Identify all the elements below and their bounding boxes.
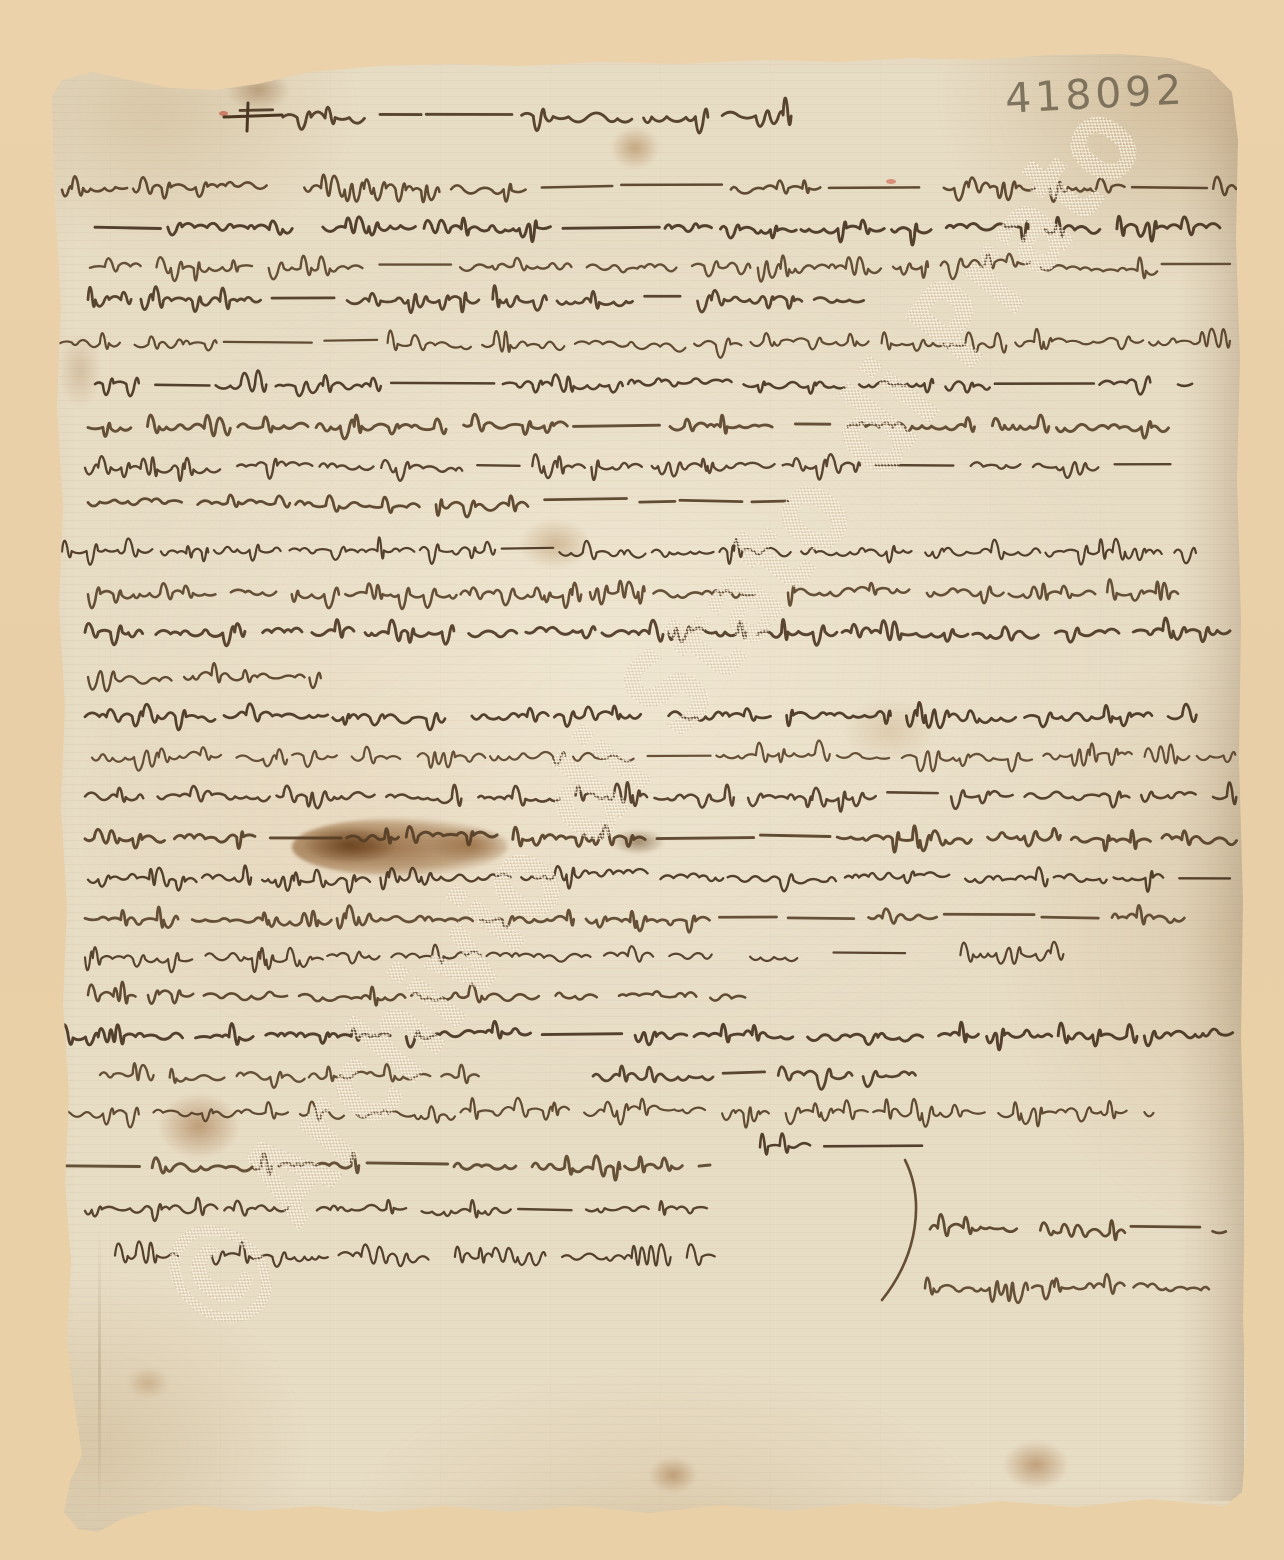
manuscript-line [100,1063,479,1087]
manuscript-line [60,1098,1153,1128]
manuscript-line [90,254,1230,282]
manuscript-line [85,782,1236,811]
heading-cross-icon [224,103,282,131]
manuscript-line [88,286,864,313]
manuscript-line [88,579,1178,608]
manuscript-line [85,702,1196,730]
manuscript-line [115,1241,715,1266]
manuscript-line [85,942,1063,972]
manuscript-line [88,663,321,691]
manuscript-scan: 418092 ©Archivio di Stato di Prato + Al … [0,0,1284,1560]
manuscript-line [85,618,1230,646]
manuscript-line [240,98,791,133]
manuscript-line [95,371,1192,396]
manuscript-line [60,1153,710,1180]
manuscript-line [92,741,1235,772]
manuscript-line [593,1066,916,1089]
manuscript-line [60,329,1230,358]
manuscript-line [760,1134,922,1155]
manuscript-line [925,1274,1209,1303]
manuscript-line [85,1198,707,1221]
manuscript-line [62,175,1236,202]
manuscript-line [95,216,1220,245]
manuscript-line [85,826,1237,852]
manuscript-line [88,866,1230,893]
manuscript-line [88,982,745,1005]
flourish-stroke [882,1160,916,1300]
handwriting-layer [0,0,1284,1560]
manuscript-line [85,905,1184,932]
paper-sheet: 418092 ©Archivio di Stato di Prato [0,0,1284,1560]
manuscript-line [930,1214,1226,1239]
manuscript-line [62,537,1196,564]
manuscript-line [85,454,1170,481]
manuscript-line [88,495,788,517]
archive-number: 418092 [1004,65,1187,122]
manuscript-line [88,414,1169,439]
manuscript-line [55,1021,1233,1049]
